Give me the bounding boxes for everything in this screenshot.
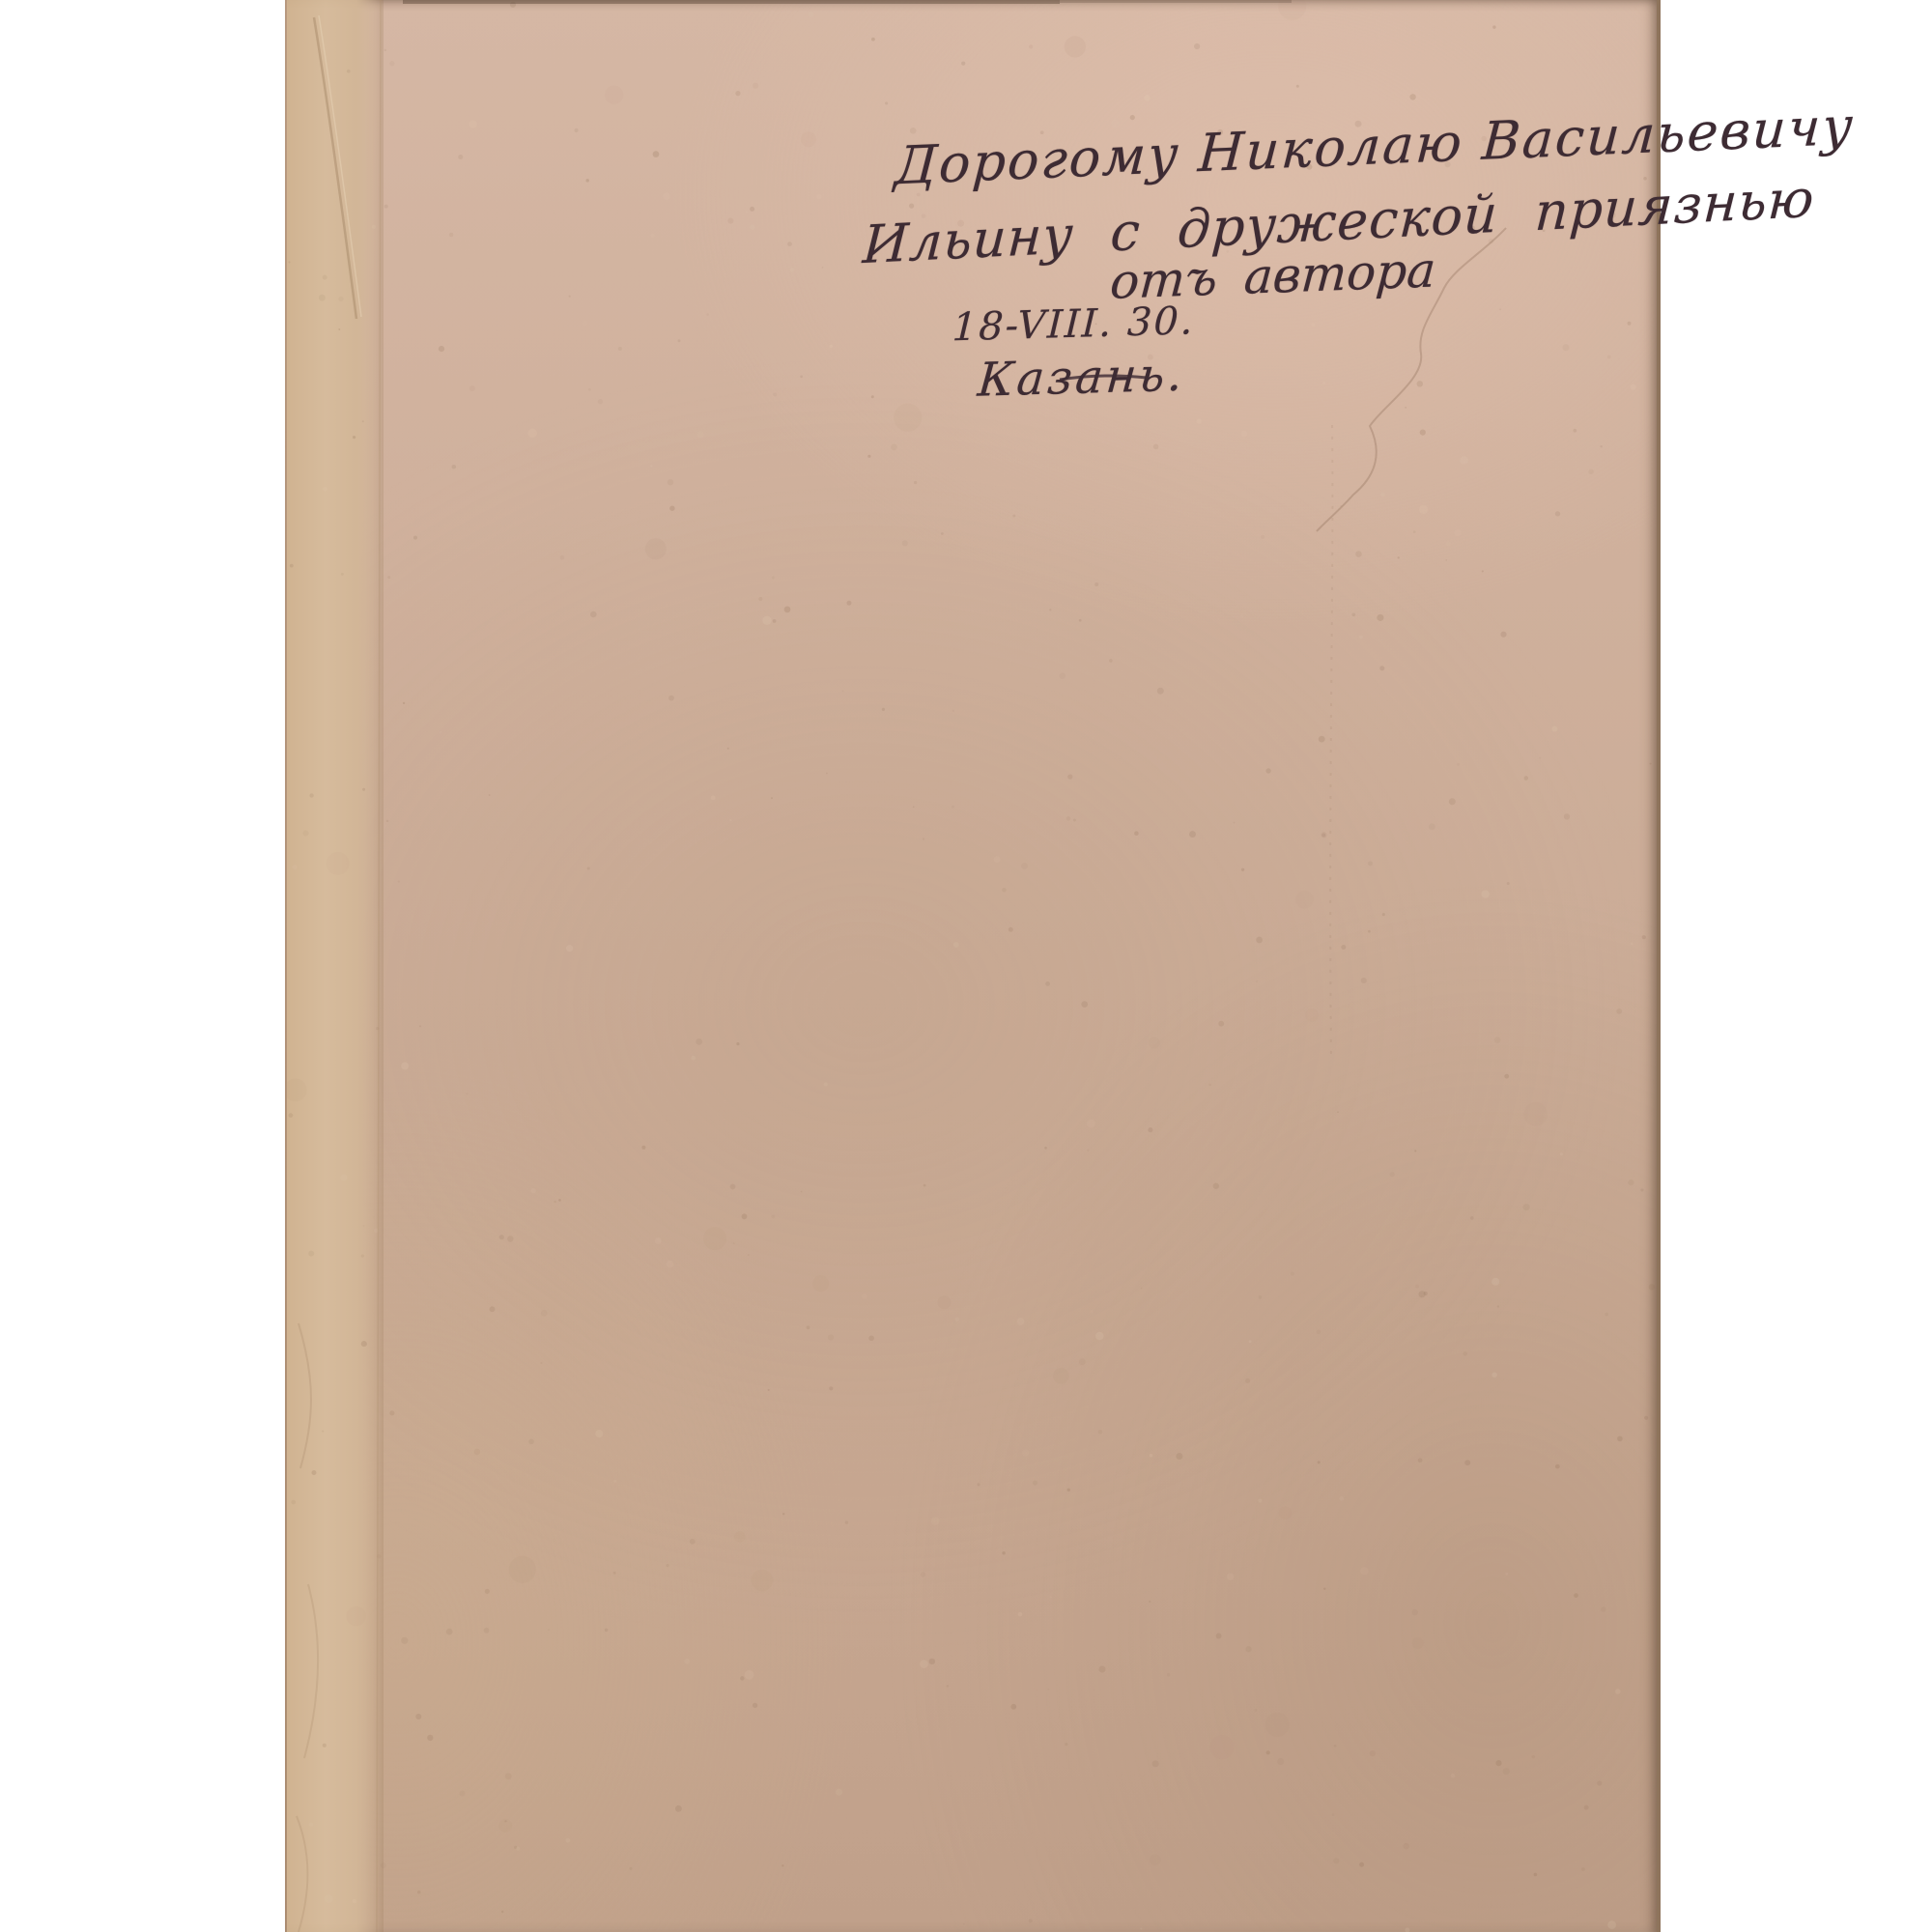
crease-line (298, 1323, 311, 1468)
handwritten-inscription: Дорогому Николаю Васильевичу Ильину с др… (284, 0, 1660, 606)
photo-background: Дорогому Николаю Васильевичу Ильину с др… (0, 0, 1932, 1932)
crease-line (297, 1816, 308, 1932)
book-cover: Дорогому Николаю Васильевичу Ильину с др… (285, 0, 1661, 1932)
inscription-date: 18-VIII. 30. (952, 298, 1196, 350)
inscription-place: Казань. (976, 348, 1187, 408)
crease-line (304, 1584, 318, 1758)
